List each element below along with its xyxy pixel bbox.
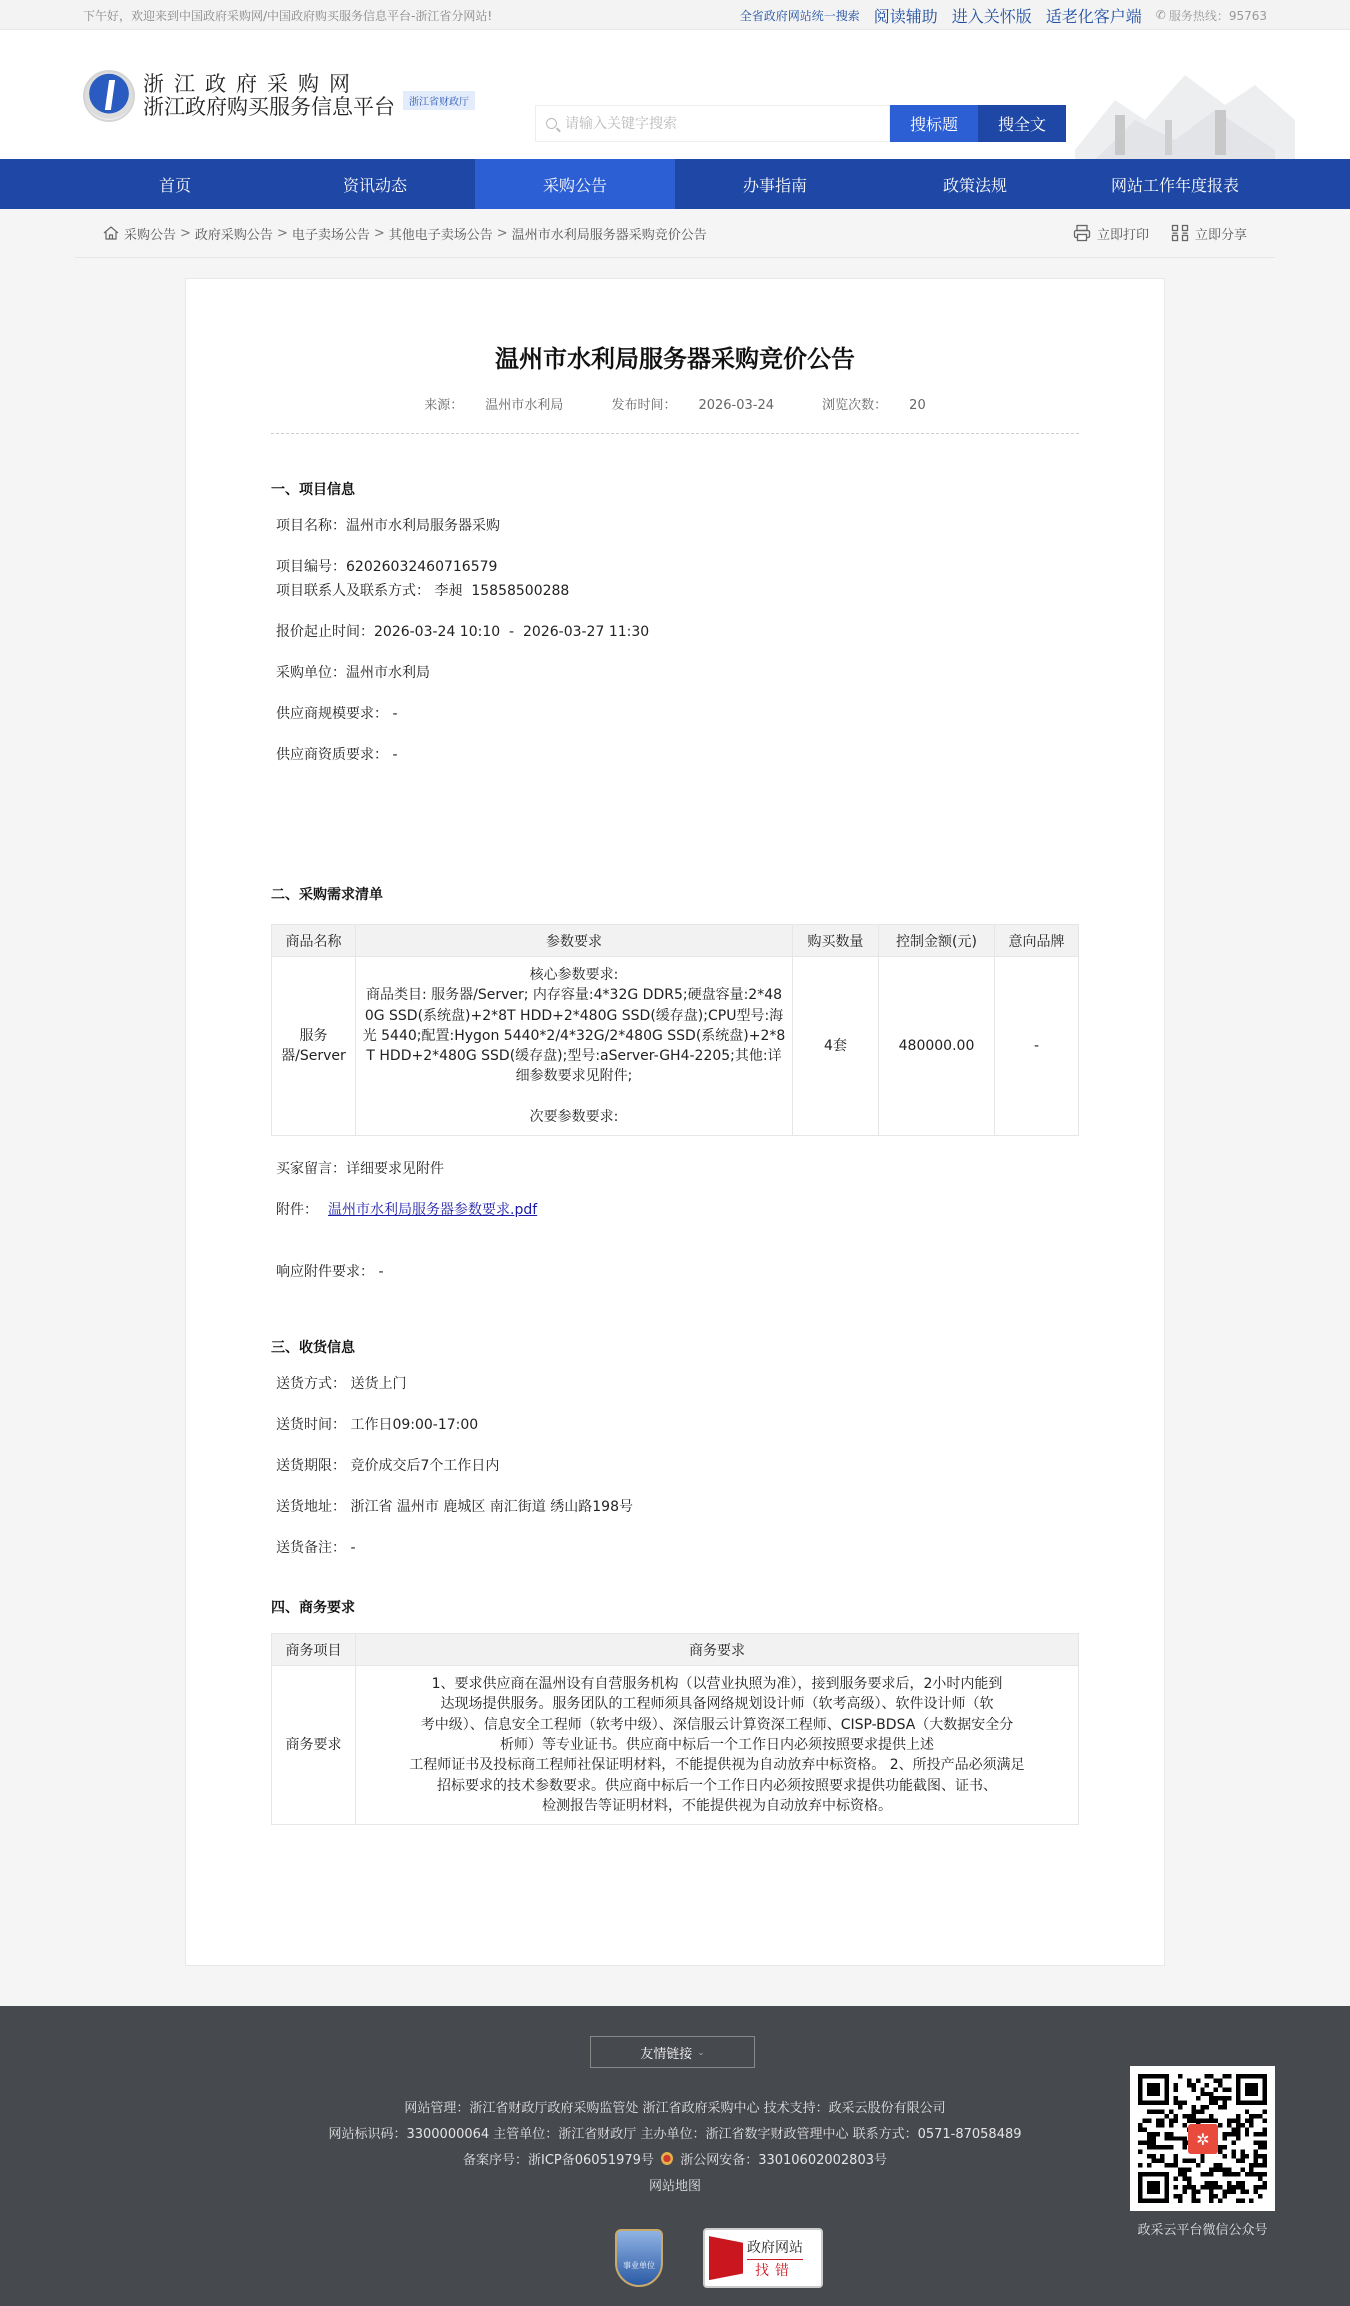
business-item: 商务要求 [272, 1666, 356, 1825]
section-demand-list-heading: 二、采购需求清单 [271, 884, 1079, 904]
error-badge-line1: 政府网站 [747, 2237, 803, 2260]
search-icon [546, 118, 557, 129]
field-label: 供应商资质要求： [276, 747, 388, 763]
demand-table: 商品名称 参数要求 购买数量 控制金额(元) 意向品牌 服务器/Server 核… [271, 924, 1079, 1136]
nav-item[interactable]: 政策法规 [875, 159, 1075, 209]
friend-links-dropdown[interactable]: 友情链接 ⌄ [590, 2036, 755, 2068]
field-value: 温州市水利局 [346, 665, 430, 681]
attachment-pdf-link[interactable]: 温州市水利局服务器参数要求.pdf [328, 1202, 537, 1218]
chevron-down-icon: ⌄ [697, 2047, 705, 2058]
business-requirement-line: 招标要求的技术参数要求。供应商中标后一个工作日内必须按照要求提供功能截图、证书、 [360, 1776, 1074, 1796]
phone-icon: ✆ [1156, 8, 1166, 22]
breadcrumb-separator: > [374, 226, 385, 241]
breadcrumb: 采购公告>政府采购公告>电子卖场公告>其他电子卖场公告>温州市水利局服务器采购竞… [103, 224, 707, 243]
magnifier-flag-icon [709, 2236, 743, 2280]
table-header-row: 商品名称 参数要求 购买数量 控制金额(元) 意向品牌 [272, 925, 1079, 957]
search-fulltext-button[interactable]: 搜全文 [978, 105, 1066, 142]
publish-date: 2026-03-24 [698, 398, 774, 413]
site-header: 浙江政府采购网 浙江政府购买服务信息平台 浙江省财政厅 搜标题 搜全文 [0, 30, 1350, 159]
print-label: 立即打印 [1097, 224, 1149, 243]
item-amount: 480000.00 [879, 957, 995, 1136]
search-box [535, 105, 890, 142]
section-project-info-heading: 一、项目信息 [271, 479, 1079, 499]
field-value: 详细要求见附件 [346, 1161, 444, 1177]
field-value: 李昶 15858500288 [430, 583, 569, 599]
main-nav: 首页资讯动态采购公告办事指南政策法规网站工作年度报表 [0, 159, 1350, 209]
field-label: 供应商规模要求： [276, 706, 388, 722]
icp-link[interactable]: 备案序号：浙ICP备06051979号 [463, 2153, 654, 2168]
logo-title: 浙江政府采购网 [143, 73, 395, 96]
field-label: 附件： [276, 1202, 318, 1218]
field-label: 送货备注： [276, 1540, 346, 1556]
field-label: 买家留言： [276, 1161, 346, 1177]
page-title: 温州市水利局服务器采购竞价公告 [271, 339, 1079, 374]
site-logo[interactable]: 浙江政府采购网 浙江政府购买服务信息平台 浙江省财政厅 [83, 70, 475, 122]
business-requirement: 1、要求供应商在温州设有自营服务机构（以营业执照为准），接到服务要求后，2小时内… [356, 1666, 1079, 1825]
table-header-row: 商务项目 商务要求 [272, 1634, 1079, 1666]
core-params: 商品类目: 服务器/Server; 内存容量:4*32G DDR5;硬盘容量:2… [362, 985, 786, 1086]
project-name-field: 项目名称：温州市水利局服务器采购 [276, 515, 1079, 535]
search-input[interactable] [565, 116, 865, 132]
field-value: - [388, 706, 398, 722]
breadcrumb-item[interactable]: 政府采购公告 [195, 224, 273, 243]
delivery-address-field: 送货地址： 浙江省 温州市 鹿城区 南汇街道 绣山路198号 [276, 1496, 1079, 1516]
table-row: 服务器/Server 核心参数要求: 商品类目: 服务器/Server; 内存容… [272, 957, 1079, 1136]
secondary-params-title: 次要参数要求: [362, 1107, 786, 1127]
qrcode-icon [1171, 224, 1189, 242]
delivery-deadline-field: 送货期限： 竞价成交后7个工作日内 [276, 1455, 1079, 1475]
field-value: 工作日09:00-17:00 [350, 1417, 478, 1433]
delivery-time-field: 送货时间： 工作日09:00-17:00 [276, 1414, 1079, 1434]
breadcrumb-separator: > [497, 226, 508, 241]
quote-period-field: 报价起止时间：2026-03-24 10:10 - 2026-03-27 11:… [276, 621, 1079, 641]
share-button[interactable]: 立即分享 [1171, 224, 1247, 243]
breadcrumb-item[interactable]: 温州市水利局服务器采购竞价公告 [512, 224, 707, 243]
welcome-text: 下午好，欢迎来到中国政府采购网/中国政府购买服务信息平台-浙江省分网站! [83, 7, 492, 24]
business-table: 商务项目 商务要求 商务要求 1、要求供应商在温州设有自营服务机构（以营业执照为… [271, 1633, 1079, 1825]
field-value: 2026-03-24 10:10 - 2026-03-27 11:30 [374, 624, 649, 640]
field-label: 报价起止时间： [276, 624, 374, 640]
column-header: 意向品牌 [995, 925, 1079, 957]
nav-item[interactable]: 首页 [75, 159, 275, 209]
field-value: 竞价成交后7个工作日内 [350, 1458, 499, 1474]
column-header: 商品名称 [272, 925, 356, 957]
share-label: 立即分享 [1195, 224, 1247, 243]
item-brand: - [995, 957, 1079, 1136]
nav-item[interactable]: 网站工作年度报表 [1075, 159, 1275, 209]
wechat-qr: ✲ 政采云平台微信公众号 [1130, 2066, 1275, 2238]
business-requirement-line: 1、要求供应商在温州设有自营服务机构（以营业执照为准），接到服务要求后，2小时内… [360, 1674, 1074, 1694]
business-requirement-line: 析师）等专业证书。供应商中标后一个工作日内必须按照要求提供上述 [360, 1735, 1074, 1755]
views-label: 浏览次数： [822, 398, 887, 413]
dept-badge: 浙江省财政厅 [403, 91, 475, 110]
qrcode-icon: ✲ [1130, 2066, 1275, 2211]
business-requirement-line: 工程师证书及投标商工程师社保证明材料，不能提供视为自动放弃中标资格。 2、所投产… [360, 1755, 1074, 1775]
business-requirement-line: 达现场提供服务。服务团队的工程师须具备网络规划设计师（软考高级）、软件设计师（软 [360, 1694, 1074, 1714]
site-footer: 友情链接 ⌄ 网站管理：浙江省财政厅政府采购监管处 浙江省政府采购中心 技术支持… [0, 2006, 1350, 2306]
breadcrumb-separator: > [180, 226, 191, 241]
reading-aid-link[interactable]: 阅读辅助 [874, 4, 938, 27]
nav-item[interactable]: 采购公告 [475, 159, 675, 209]
nav-item[interactable]: 办事指南 [675, 159, 875, 209]
breadcrumb-item[interactable]: 采购公告 [124, 224, 176, 243]
home-icon[interactable] [103, 226, 119, 240]
column-header: 购买数量 [793, 925, 879, 957]
gov-site-error-badge[interactable]: 政府网站 找错 [703, 2228, 823, 2288]
column-header: 商务项目 [272, 1634, 356, 1666]
field-value: 温州市水利局服务器采购 [346, 518, 500, 534]
printer-icon [1073, 224, 1091, 242]
footer-management: 网站管理：浙江省财政厅政府采购监管处 浙江省政府采购中心 技术支持：政采云股份有… [75, 2096, 1275, 2122]
field-label: 项目编号： [276, 559, 346, 575]
search-title-button[interactable]: 搜标题 [890, 105, 978, 142]
field-label: 送货方式： [276, 1376, 346, 1392]
footer-registration: 备案序号：浙ICP备06051979号 浙公网安备：33010602002803… [75, 2148, 1275, 2174]
error-badge-line2: 找错 [755, 2260, 795, 2280]
hotline-text: 服务热线：95763 [1169, 7, 1267, 24]
business-requirement-line: 检测报告等证明材料，不能提供视为自动放弃中标资格。 [360, 1796, 1074, 1816]
breadcrumb-separator: > [277, 226, 288, 241]
breadcrumb-item[interactable]: 其他电子卖场公告 [389, 224, 493, 243]
field-value: - [388, 747, 398, 763]
publish-label: 发布时间： [611, 398, 676, 413]
column-header: 参数要求 [356, 925, 793, 957]
announcement-article: 温州市水利局服务器采购竞价公告 来源：温州市水利局 发布时间：2026-03-2… [185, 278, 1165, 1966]
field-label: 项目联系人及联系方式： [276, 583, 430, 599]
field-label: 送货期限： [276, 1458, 346, 1474]
item-params: 核心参数要求: 商品类目: 服务器/Server; 内存容量:4*32G DDR… [356, 957, 793, 1136]
institution-badge-label: 事业单位 [623, 2260, 655, 2271]
table-row: 商务要求 1、要求供应商在温州设有自营服务机构（以营业执照为准），接到服务要求后… [272, 1666, 1079, 1825]
column-header: 商务要求 [356, 1634, 1079, 1666]
field-value: 浙江省 温州市 鹿城区 南汇街道 绣山路198号 [350, 1499, 633, 1515]
section-business-heading: 四、商务要求 [271, 1597, 1079, 1617]
institution-badge[interactable]: 事业单位 [615, 2229, 663, 2287]
field-value: - [374, 1264, 384, 1280]
logo-subtitle: 浙江政府购买服务信息平台 [143, 96, 395, 119]
friend-links-label: 友情链接 [640, 2043, 692, 2062]
purchaser-field: 采购单位：温州市水利局 [276, 662, 1079, 682]
delivery-method-field: 送货方式： 送货上门 [276, 1373, 1079, 1393]
source-label: 来源： [424, 398, 463, 413]
item-quantity: 4套 [793, 957, 879, 1136]
section-delivery-heading: 三、收货信息 [271, 1337, 1079, 1357]
delivery-remark-field: 送货备注： - [276, 1537, 1079, 1557]
response-attachment-field: 响应附件要求： - [276, 1261, 1079, 1281]
contact-field: 项目联系人及联系方式： 李昶 15858500288 [276, 580, 1079, 600]
field-label: 送货时间： [276, 1417, 346, 1433]
field-value: 62026032460716579 [346, 559, 497, 575]
article-meta: 来源：温州市水利局 发布时间：2026-03-24 浏览次数：20 [271, 394, 1079, 413]
field-label: 项目名称： [276, 518, 346, 534]
care-version-link[interactable]: 进入关怀版 [952, 4, 1032, 27]
field-value: - [350, 1540, 355, 1556]
footer-info: 网站管理：浙江省财政厅政府采购监管处 浙江省政府采购中心 技术支持：政采云股份有… [75, 2096, 1275, 2200]
top-bar: 下午好，欢迎来到中国政府采购网/中国政府购买服务信息平台-浙江省分网站! 全省政… [0, 0, 1350, 30]
views-count: 20 [909, 398, 926, 413]
field-label: 响应附件要求： [276, 1264, 374, 1280]
breadcrumb-item[interactable]: 电子卖场公告 [292, 224, 370, 243]
emblem-icon [83, 70, 135, 122]
scale-requirement-field: 供应商规模要求： - [276, 703, 1079, 723]
landscape-decoration-icon [1075, 60, 1295, 159]
footer-identifiers: 网站标识码：3300000064 主管单位：浙江省财政厅 主办单位：浙江省数字财… [75, 2122, 1275, 2148]
field-label: 采购单位： [276, 665, 346, 681]
unified-search-link[interactable]: 全省政府网站统一搜索 [740, 7, 860, 24]
qualification-requirement-field: 供应商资质要求： - [276, 744, 1079, 764]
elderly-client-link[interactable]: 适老化客户端 [1046, 4, 1142, 27]
column-header: 控制金额(元) [879, 925, 995, 957]
field-label: 送货地址： [276, 1499, 346, 1515]
core-params-title: 核心参数要求: [362, 965, 786, 985]
field-value: 送货上门 [350, 1376, 406, 1392]
hotline: ✆ 服务热线：95763 [1156, 7, 1267, 24]
qr-caption: 政采云平台微信公众号 [1130, 2219, 1275, 2238]
source-value: 温州市水利局 [485, 398, 563, 413]
business-requirement-line: 考中级）、信息安全工程师（软考中级）、深信服云计算资深工程师、CISP-BDSA… [360, 1715, 1074, 1735]
nav-item[interactable]: 资讯动态 [275, 159, 475, 209]
divider [271, 433, 1079, 434]
sitemap-link[interactable]: 网站地图 [649, 2179, 701, 2194]
project-no-field: 项目编号：62026032460716579 [276, 556, 1079, 576]
print-button[interactable]: 立即打印 [1073, 224, 1149, 243]
breadcrumb-bar: 采购公告>政府采购公告>电子卖场公告>其他电子卖场公告>温州市水利局服务器采购竞… [75, 209, 1275, 258]
buyer-note-field: 买家留言：详细要求见附件 [276, 1158, 1079, 1178]
zcy-logo-icon: ✲ [1188, 2124, 1218, 2154]
police-badge-icon [661, 2152, 673, 2165]
item-name: 服务器/Server [272, 957, 356, 1136]
attachment-field: 附件：温州市水利局服务器参数要求.pdf [276, 1199, 1079, 1219]
police-record-link[interactable]: 浙公网安备：33010602002803号 [680, 2153, 887, 2168]
